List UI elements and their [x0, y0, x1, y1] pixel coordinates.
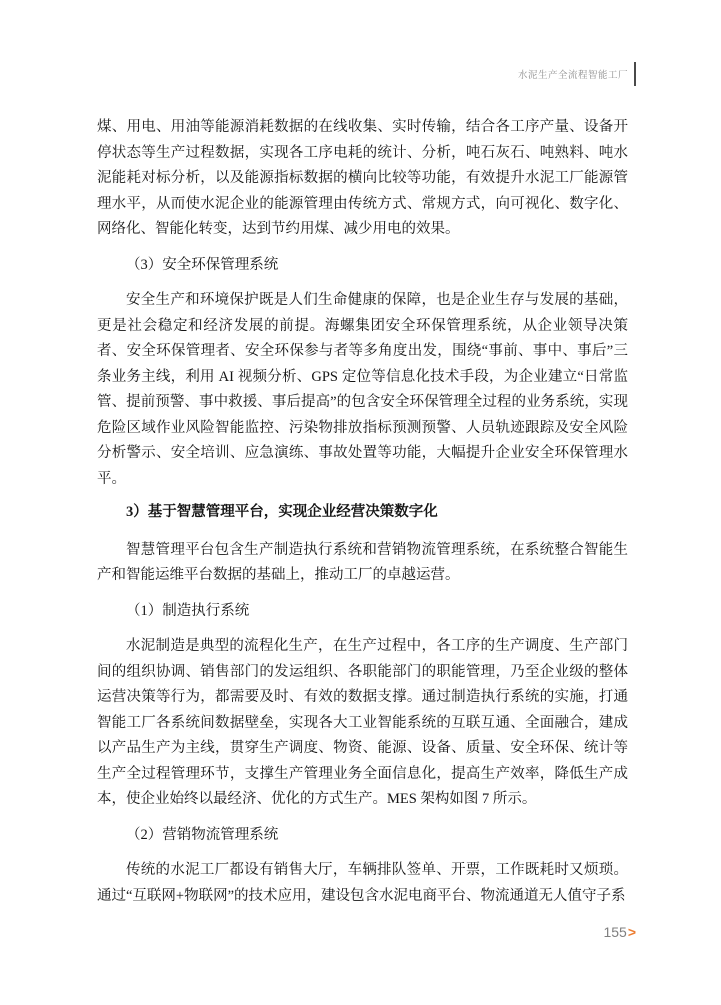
document-body: 煤、用电、用油等能源消耗数据的在线收集、实时传输，结合各工序产量、设备开停状态等…: [97, 115, 628, 909]
header-title: 水泥生产全流程智能工厂: [518, 67, 628, 81]
subheading-safety-env-system: （3）安全环保管理系统: [97, 253, 628, 279]
paragraph-energy-management: 煤、用电、用油等能源消耗数据的在线收集、实时传输，结合各工序产量、设备开停状态等…: [97, 115, 628, 243]
subheading-mes: （1）制造执行系统: [97, 599, 628, 625]
paragraph-safety-env: 安全生产和环境保护既是人们生命健康的保障，也是企业生存与发展的基础，更是社会稳定…: [97, 288, 628, 492]
subheading-marketing-logistics: （2）营销物流管理系统: [97, 823, 628, 849]
next-page-arrow-icon: >: [628, 924, 636, 940]
paragraph-marketing-logistics: 传统的水泥工厂都设有销售大厅，车辆排队签单、开票，工作既耗时又烦琐。通过“互联网…: [97, 858, 628, 909]
paragraph-mes: 水泥制造是典型的流程化生产，在生产过程中，各工序的生产调度、生产部门间的组织协调…: [97, 634, 628, 813]
page-number: 155: [603, 924, 626, 940]
paragraph-smart-platform-intro: 智慧管理平台包含生产制造执行系统和营销物流管理系统，在系统整合智能生产和智能运维…: [97, 538, 628, 589]
document-page: 水泥生产全流程智能工厂 煤、用电、用油等能源消耗数据的在线收集、实时传输，结合各…: [0, 0, 721, 1005]
page-header: 水泥生产全流程智能工厂: [518, 61, 636, 87]
header-divider-bar: [634, 62, 636, 86]
page-footer: 155 >: [603, 924, 636, 940]
heading-smart-management-platform: 3）基于智慧管理平台，实现企业经营决策数字化: [97, 500, 628, 526]
